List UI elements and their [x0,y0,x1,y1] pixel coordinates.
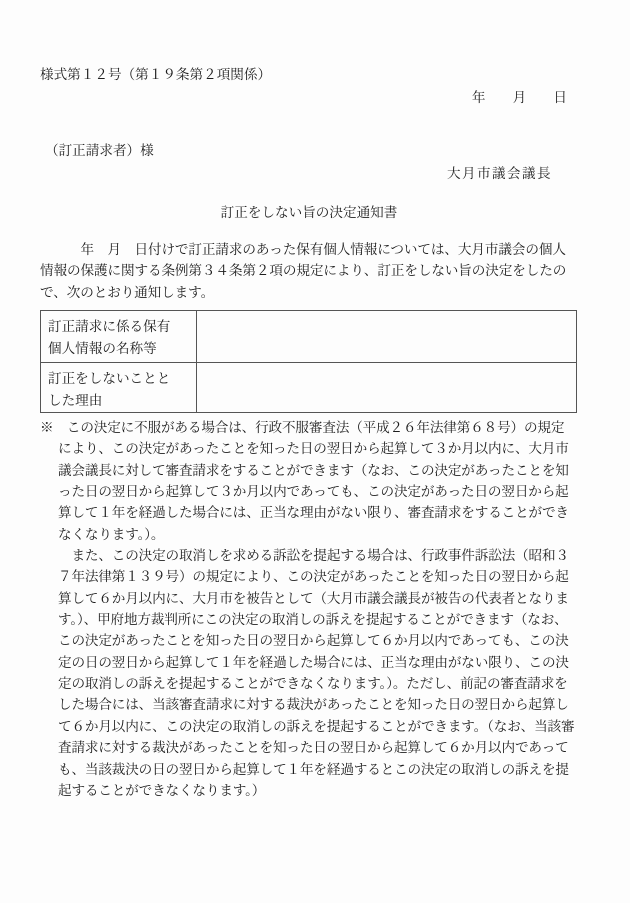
note-line: した場合には、当該審査請求に対する裁決があったことを知った日の翌日から起算し [58,694,592,715]
note-line: ７年法律第１３９号）の規定により、この決定があったことを知った日の翌日から起 [58,566,592,587]
table-label-line: 訂正をしないことと [48,368,190,390]
table-label-personal-info: 訂正請求に係る保有 個人情報の名称等 [41,311,197,363]
note-line: なくなります。）。 [58,524,592,545]
note-line: この決定があったことを知った日の翌日から起算して６か月以内であっても、この決 [58,630,592,651]
note-line: った日の翌日から起算して３か月以内であっても、この決定があった日の翌日から起 [58,481,592,502]
body-paragraph: 年 月 日付けで訂正請求のあった保有個人情報については、大月市議会の個人 情報の… [40,239,585,303]
date-line: 年 月 日 [40,86,567,106]
appeal-note: ※ この決定に不服がある場合は、行政不服審査法（平成２６年法律第６８号）の規定 … [40,417,592,801]
note-line: 起することができなくなります。） [58,780,592,801]
issuer: 大月市議会議長 [447,162,552,182]
form-number: 様式第１２号（第１９条第２項関係） [40,63,271,83]
table-row: 訂正をしないことと した理由 [41,363,577,413]
addressee: （訂正請求者）様 [45,139,154,159]
note-line: また、この決定の取消しを求める訴訟を提起する場合は、行政事件訴訟法（昭和３ [58,545,592,566]
note-line: す。）、甲府地方裁判所にこの決定の取消しの訴えを提起することができます（なお、 [58,609,592,630]
note-line: 算して１年を経過した場合には、正当な理由がない限り、審査請求をすることができ [58,502,592,523]
table-label-line: した理由 [48,390,190,412]
note-line: 定の日の翌日から起算して１年を経過した場合には、正当な理由がない限り、この決 [58,652,592,673]
table-label-line: 個人情報の名称等 [48,338,190,360]
document-page: 様式第１２号（第１９条第２項関係） 年 月 日 （訂正請求者）様 大月市議会議長… [0,0,630,903]
note-line: て６か月以内に、この決定の取消しの訴えを提起することができます。（なお、当該審 [58,716,592,737]
note-line: 査請求に対する裁決があったことを知った日の翌日から起算して６か月以内であって [58,737,592,758]
info-table: 訂正請求に係る保有 個人情報の名称等 訂正をしないことと した理由 [40,310,577,413]
note-line: により、この決定があったことを知った日の翌日から起算して３か月以内に、大月市 [58,438,592,459]
page-title: 訂正をしない旨の決定通知書 [40,201,578,221]
note-line: 算して６か月以内に、大月市を被告として（大月市議会議長が被告の代表者となりま [58,588,592,609]
table-label-reason: 訂正をしないことと した理由 [41,363,197,413]
body-line: 年 月 日付けで訂正請求のあった保有個人情報については、大月市議会の個人 [40,239,585,260]
note-line: ※ この決定に不服がある場合は、行政不服審査法（平成２６年法律第６８号）の規定 [40,417,592,438]
table-row: 訂正請求に係る保有 個人情報の名称等 [41,311,577,363]
body-line: 情報の保護に関する条例第３４条第２項の規定により、訂正をしない旨の決定をしたの [40,260,585,281]
body-line: で、次のとおり通知します。 [40,282,585,303]
note-line: 定の取消しの訴えを提起することができなくなります。）。ただし、前記の審査請求を [58,673,592,694]
note-line: も、当該裁決の日の翌日から起算して１年を経過するとこの決定の取消しの訴えを提 [58,759,592,780]
table-value-personal-info [197,311,577,363]
note-line: 議会議長に対して審査請求をすることができます（なお、この決定があったことを知 [58,460,592,481]
table-label-line: 訂正請求に係る保有 [48,316,190,338]
table-value-reason [197,363,577,413]
